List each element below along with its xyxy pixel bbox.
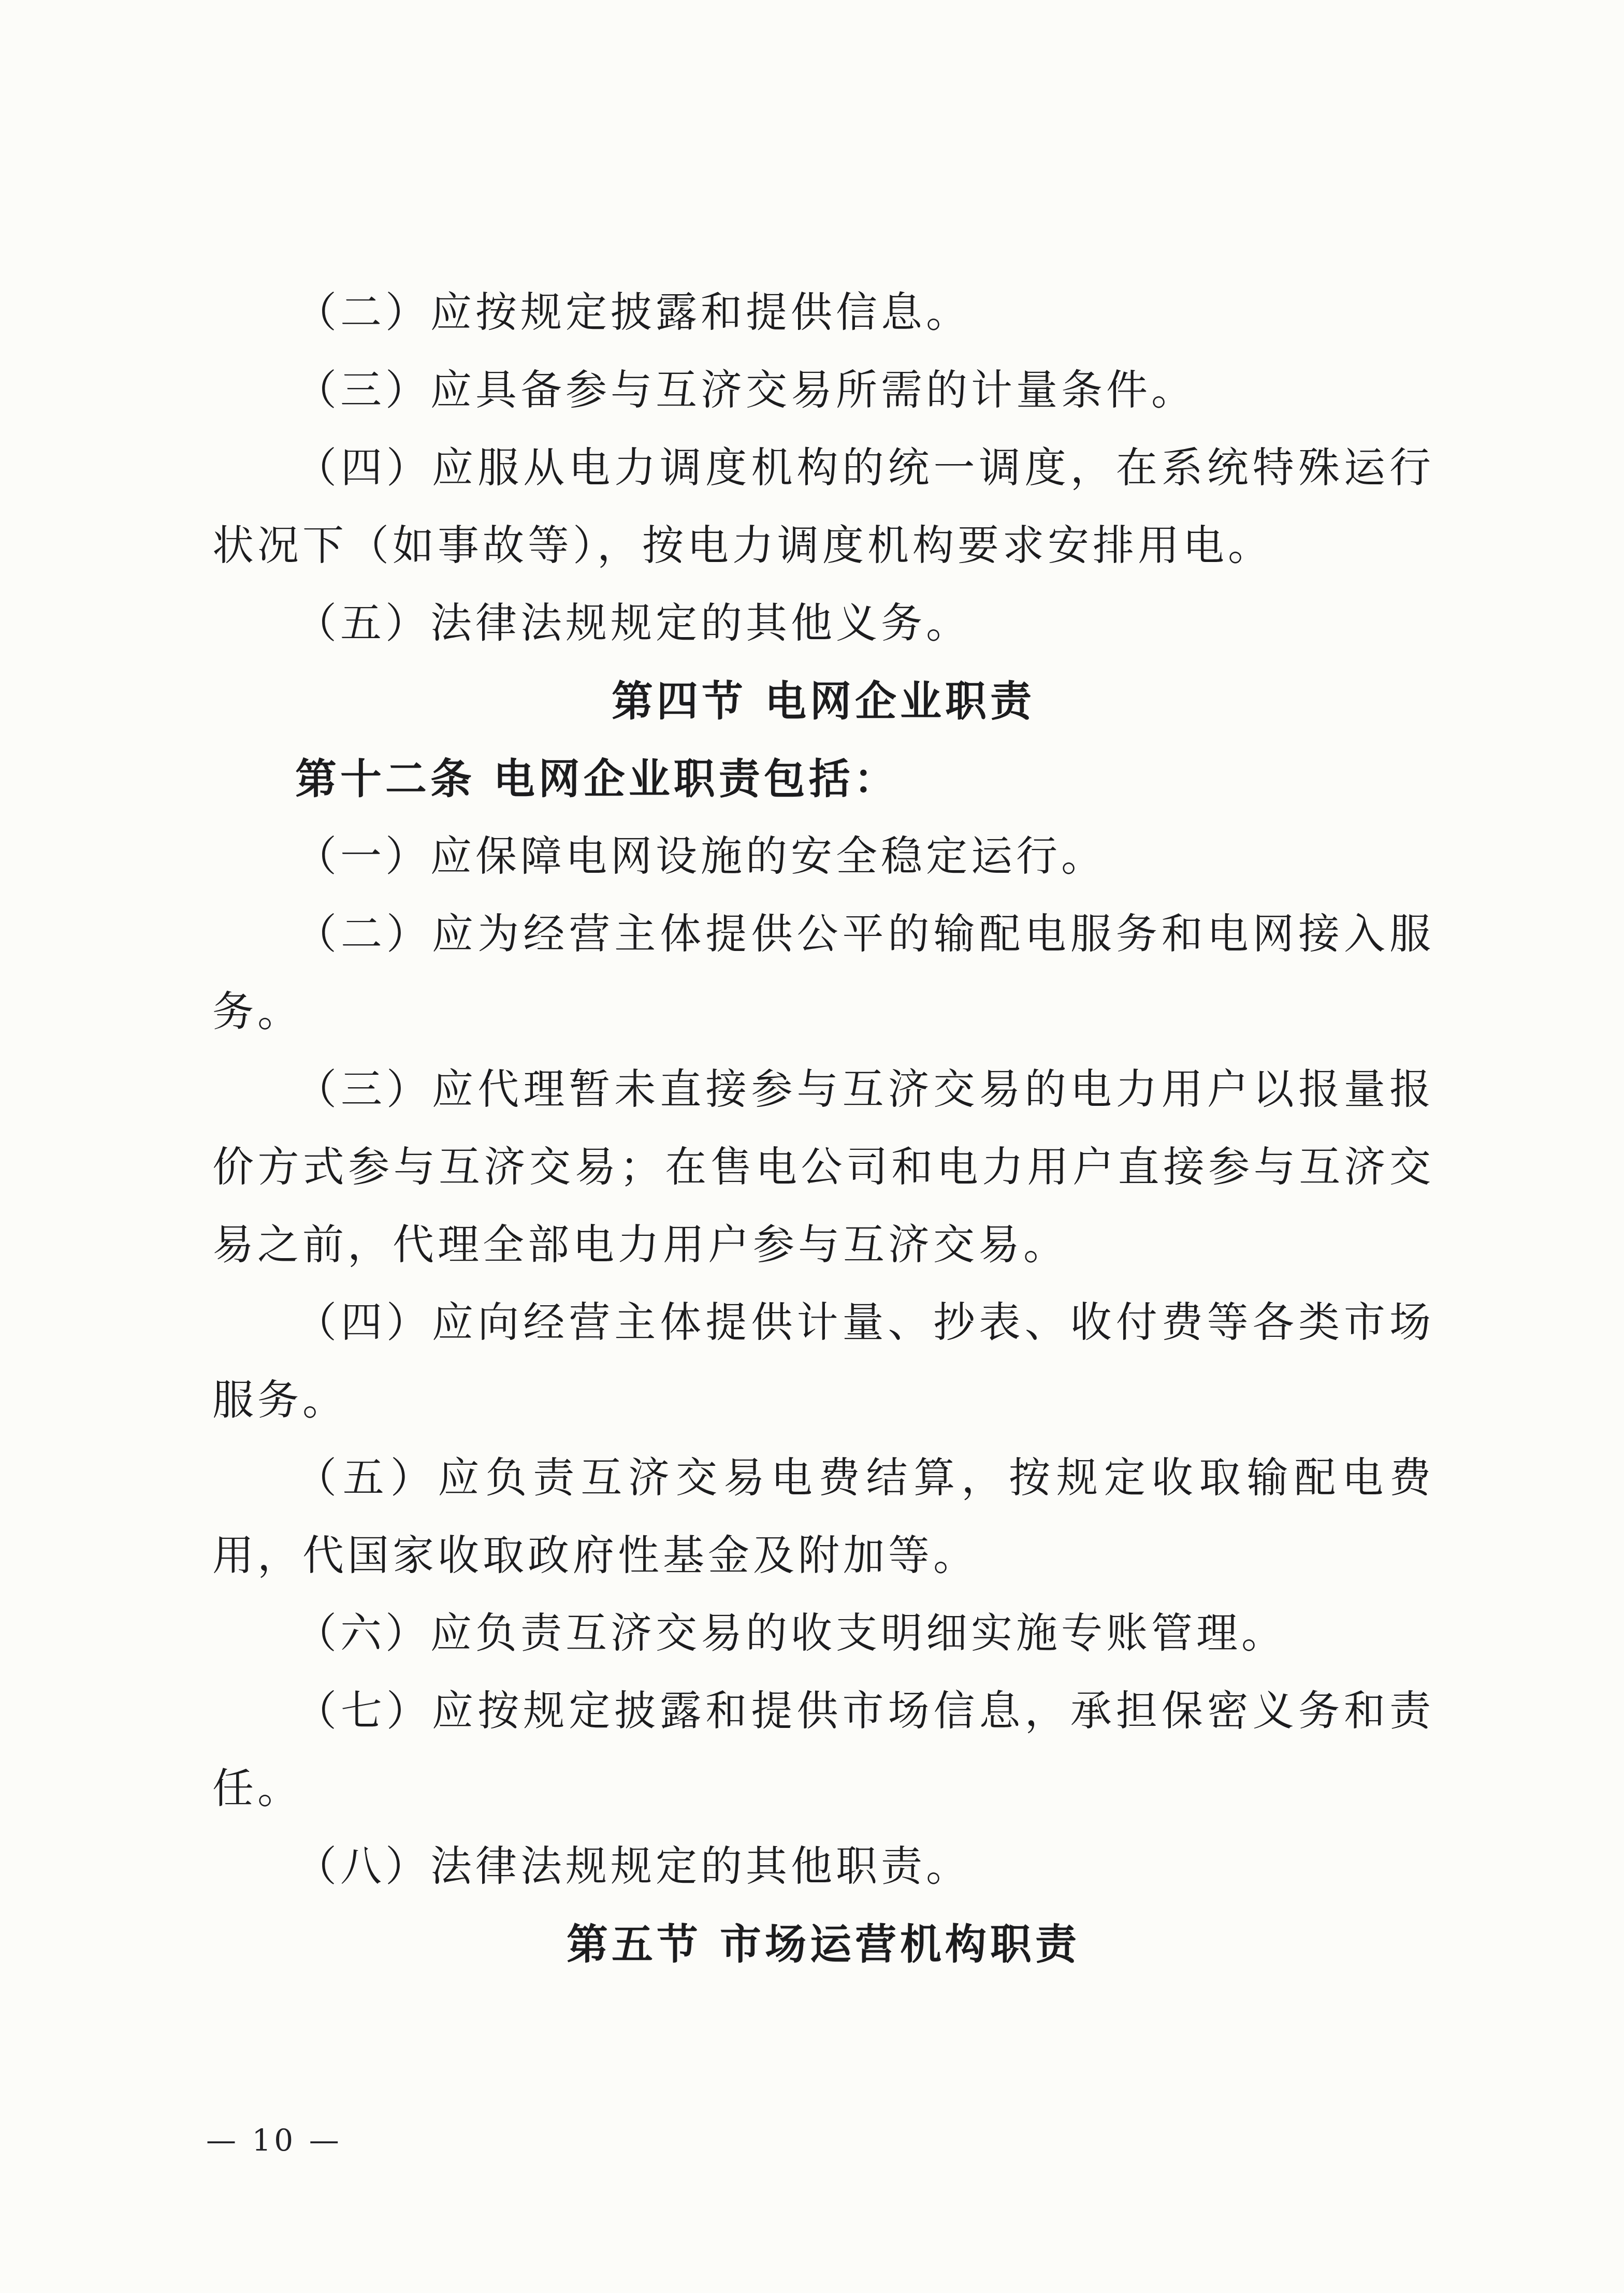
section-4-heading: 第四节 电网企业职责 <box>212 662 1434 740</box>
article-12-clause-3: （三）应代理暂未直接参与互济交易的电力用户以报量报价方式参与互济交易；在售电公司… <box>212 1050 1434 1283</box>
article-12-clause-6: （六）应负责互济交易的收支明细实施专账管理。 <box>212 1594 1434 1672</box>
section-5-heading: 第五节 市场运营机构职责 <box>212 1905 1434 1983</box>
article-12-clause-5: （五）应负责互济交易电费结算，按规定收取输配电费用，代国家收取政府性基金及附加等… <box>212 1439 1434 1594</box>
document-page: （二）应按规定披露和提供信息。 （三）应具备参与互济交易所需的计量条件。 （四）… <box>0 0 1624 2293</box>
clause-2-obligation: （二）应按规定披露和提供信息。 <box>212 273 1434 351</box>
article-12-clause-8: （八）法律法规规定的其他职责。 <box>212 1827 1434 1905</box>
article-12-clause-4: （四）应向经营主体提供计量、抄表、收付费等各类市场服务。 <box>212 1283 1434 1439</box>
clause-3-obligation: （三）应具备参与互济交易所需的计量条件。 <box>212 351 1434 429</box>
article-12-heading: 第十二条 电网企业职责包括： <box>212 740 1434 817</box>
text-block: （二）应按规定披露和提供信息。 （三）应具备参与互济交易所需的计量条件。 （四）… <box>212 273 1434 1983</box>
clause-4-obligation: （四）应服从电力调度机构的统一调度，在系统特殊运行状况下（如事故等），按电力调度… <box>212 429 1434 584</box>
page-number: — 10 — <box>206 2123 342 2158</box>
clause-5-obligation: （五）法律法规规定的其他义务。 <box>212 584 1434 662</box>
article-12-clause-7: （七）应按规定披露和提供市场信息，承担保密义务和责任。 <box>212 1672 1434 1827</box>
article-12-clause-2: （二）应为经营主体提供公平的输配电服务和电网接入服务。 <box>212 895 1434 1050</box>
article-12-clause-1: （一）应保障电网设施的安全稳定运行。 <box>212 817 1434 895</box>
